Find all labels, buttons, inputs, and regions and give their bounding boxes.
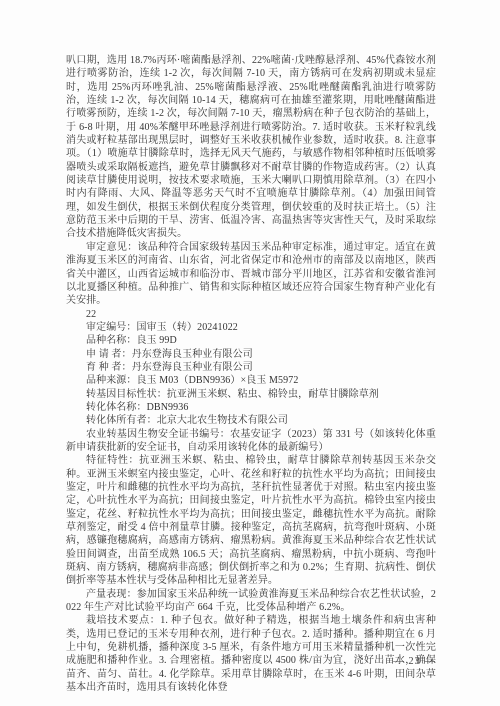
cultivation-techniques-paragraph: 栽培技术要点：1. 种子包衣。做好种子精选，根据当地土壤条件和病虫害种类，选用已…: [66, 614, 436, 694]
event-owner-line: 转化体所有者：北京大北农生物技术有限公司: [66, 414, 436, 427]
entry-number: 22: [66, 308, 436, 321]
page-number: — 23 —: [0, 656, 436, 667]
cultivation-continuation-paragraph: 叭口期，选用 18.7%丙环·嘧菌酯悬浮剂、22%嘧菌·戊唑醇悬浮剂、45%代森…: [66, 54, 436, 241]
gm-target-traits-line: 转基因目标性状：抗亚洲玉米螟、粘虫、棉铃虫，耐草甘膦除草剂: [66, 388, 436, 401]
applicant-line: 申 请 者：丹东登海良玉种业有限公司: [66, 348, 436, 361]
approval-opinion-paragraph: 审定意见：该品种符合国家级转基因玉米品种审定标准，通过审定。适宜在黄淮海夏玉米区…: [66, 241, 436, 308]
event-name-line: 转化体名称：DBN9936: [66, 401, 436, 414]
document-text-block: 叭口期，选用 18.7%丙环·嘧菌酯悬浮剂、22%嘧菌·戊唑醇悬浮剂、45%代森…: [66, 54, 436, 695]
variety-origin-line: 品种来源：良玉 M03（DBN9936）×良玉 M5972: [66, 374, 436, 387]
breeder-line: 育 种 者：丹东登海良玉种业有限公司: [66, 361, 436, 374]
variety-name-line: 品种名称：良玉 99D: [66, 334, 436, 347]
approval-number-line: 审定编号：国审玉（转）20241022: [66, 321, 436, 334]
yield-performance-paragraph: 产量表现：参加国家玉米品种统一试验黄淮海夏玉米品种综合农艺性状试验，2022 年…: [66, 588, 436, 615]
safety-certificate-paragraph: 农业转基因生物安全证书编号：农基安证字（2023）第 331 号（如该转化体重新…: [66, 428, 436, 455]
document-page: 叭口期，选用 18.7%丙环·嘧菌酯悬浮剂、22%嘧菌·戊唑醇悬浮剂、45%代森…: [0, 0, 500, 706]
characteristics-paragraph: 特征特性：抗亚洲玉米螟、粘虫、棉铃虫，耐草甘膦除草剂转基因玉米杂交种。亚洲玉米螟…: [66, 454, 436, 587]
